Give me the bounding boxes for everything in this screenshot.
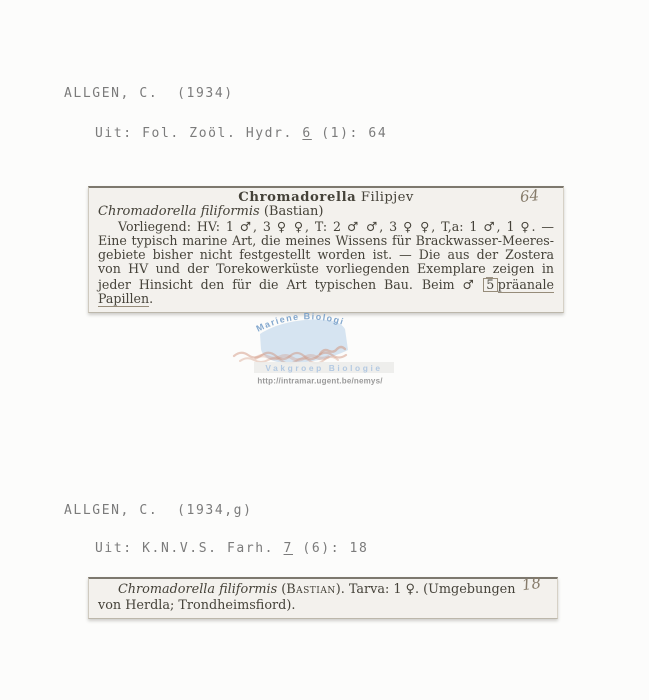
body-line-6: Papillen. [98, 292, 554, 306]
body-line-1: Vorliegend: HV: 1 ♂, 3 ♀ ♀, T: 2 ♂ ♂, 3 … [98, 220, 554, 234]
entry2-source-line: Uit: K.N.V.S. Farh. 7 (6): 18 [95, 541, 368, 556]
body-line-4-tail: zeigen in [493, 261, 554, 276]
clipping-1934g: 18 Chromadorella filiformis (Bastian). T… [88, 577, 558, 619]
body-line-2: Eine typisch marine Art, die meines Wiss… [98, 234, 554, 248]
entry2-source-volume: 7 [284, 541, 293, 556]
body-line-5-text: jeder Hinsicht den für die Art typischen… [98, 277, 413, 292]
clipping-1934: 64 Chromadorella Filipjev Chromadorella … [88, 186, 564, 313]
entry2-source-suffix: (6): 18 [293, 541, 368, 556]
body-line-4-text: von HV und der Torekowerküste vorliegend… [98, 261, 486, 276]
species-line: Chromadorella filiformis (Bastian) [98, 205, 554, 219]
genus-name: Chromadorella [238, 190, 356, 205]
species-name-2: Chromadorella filiformis [118, 582, 277, 597]
genus-author: Filipjev [361, 190, 414, 205]
entry1-source-suffix: (1): 64 [312, 126, 387, 141]
body-line-3: gebiete bisher nicht festgestellt worden… [98, 248, 554, 262]
scanned-index-card: ALLGEN, C. (1934) Uit: Fol. Zoöl. Hydr. … [0, 0, 649, 700]
species-name: Chromadorella filiformis [98, 204, 260, 219]
clipping1-header: Chromadorella Filipjev [98, 191, 554, 205]
pencil-insertion-mark [486, 262, 493, 277]
entry1-author-line: ALLGEN, C. (1934) [64, 86, 234, 101]
body-line-5: jeder Hinsicht den für die Art typischen… [98, 278, 554, 292]
entry1-source-prefix: Uit: Fol. Zoöl. Hydr. [95, 126, 302, 141]
body-line-6-period: . [149, 291, 153, 306]
nemys-watermark-logo: Vakgroep Biologie Mariene Biologie http:… [228, 308, 420, 393]
body-line-5-beim: Beim ♂ [422, 277, 478, 292]
entry1-source-volume: 6 [302, 126, 311, 141]
clipping2-line-1: Chromadorella filiformis (Bastian). Tarv… [98, 582, 548, 598]
nemys-url-text: http://intramar.ugent.be/nemys/ [257, 377, 383, 386]
clipping2-line-1-rest: ). Tarva: 1 ♀. (Umgebungen [336, 582, 516, 597]
pencil-page-number-64: 64 [519, 188, 539, 204]
species-author: (Bastian) [260, 204, 324, 219]
pencil-boxed-number: 5 [483, 278, 498, 292]
entry1-source-line: Uit: Fol. Zoöl. Hydr. 6 (1): 64 [95, 126, 387, 141]
entry2-author-line: ALLGEN, C. (1934,g) [64, 503, 253, 518]
underlined-papillen: Papillen [98, 291, 149, 307]
clipping2-line-2: von Herdla; Trondheimsfiord). [98, 598, 548, 614]
underlined-praeanale: präanale [498, 277, 554, 293]
paren-open: ( [277, 582, 286, 597]
pencil-page-number-18: 18 [521, 576, 542, 594]
body-line-4: von HV und der Torekowerküste vorliegend… [98, 262, 554, 277]
vakgroep-band-text: Vakgroep Biologie [265, 363, 382, 373]
species-author-smallcaps: Bastian [286, 582, 336, 597]
entry2-source-prefix: Uit: K.N.V.S. Farh. [95, 541, 284, 556]
